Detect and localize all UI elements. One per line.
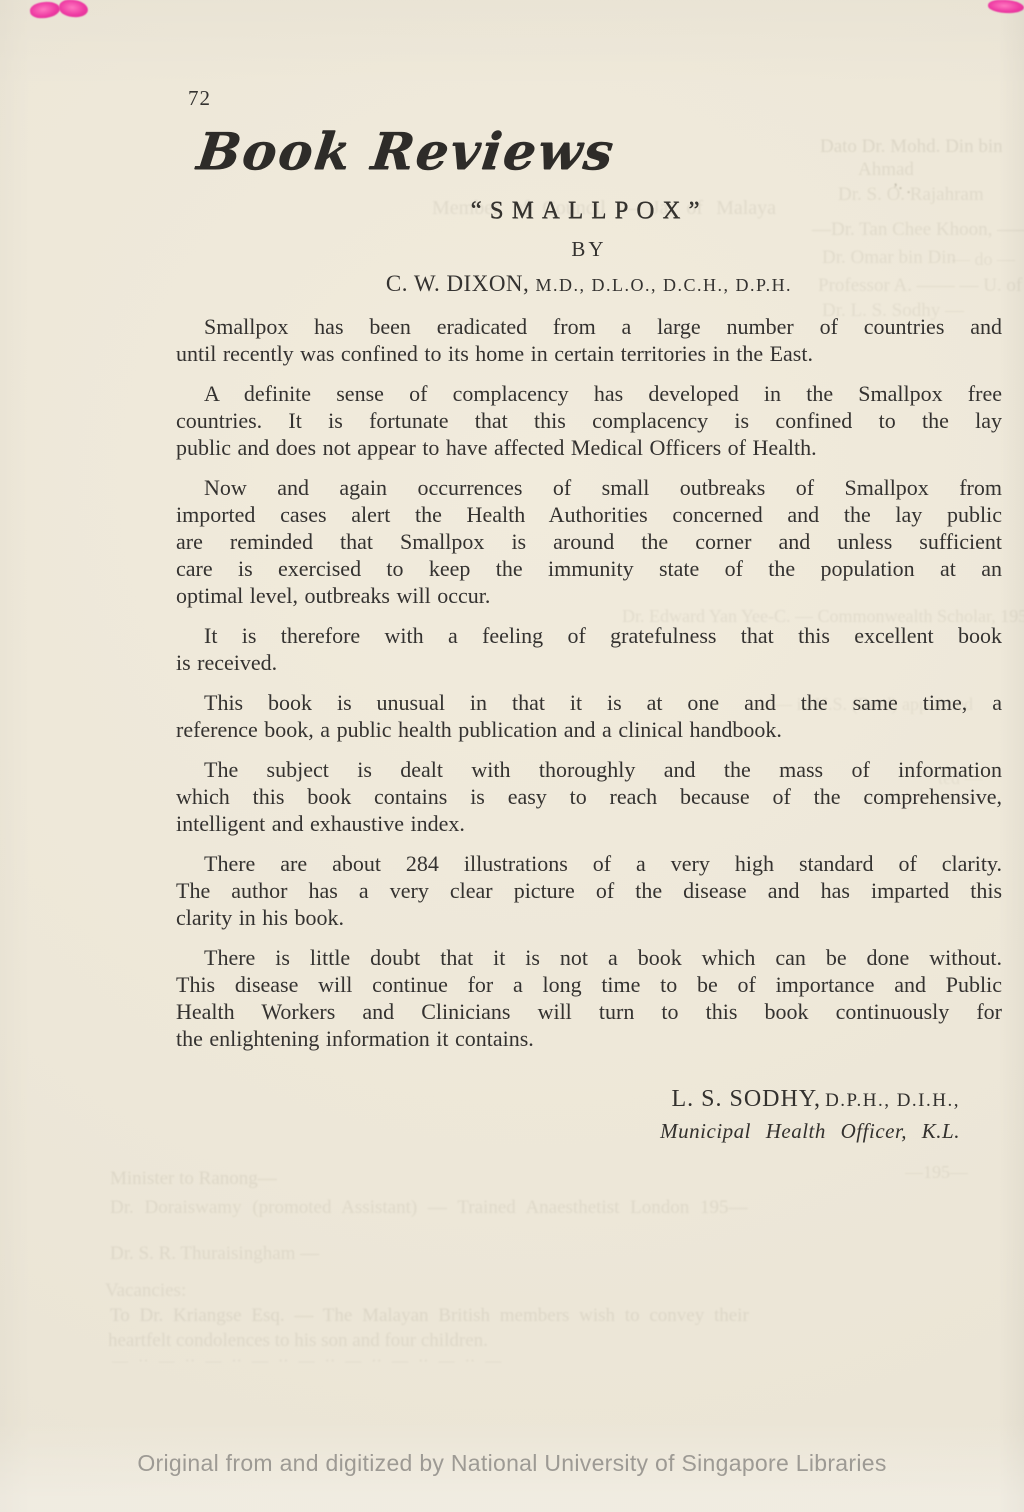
paragraph: The subject is dealt with thoroughly and… <box>176 756 1002 837</box>
paragraph: It is therefore with a feeling of gratef… <box>176 622 1002 676</box>
reviewer-title: Municipal Health Officer, K.L. <box>660 1118 960 1144</box>
body-line: Now and again occurrences of small outbr… <box>176 474 1002 501</box>
body-line: until recently was confined to its home … <box>176 340 1002 367</box>
bleedthrough-text: ’· . <box>893 181 911 198</box>
section-title: Book Reviews <box>194 124 618 180</box>
reviewer-degrees: D.P.H., D.I.H., <box>825 1090 960 1111</box>
scanned-page: Dato Dr. Mohd. Din binAhmad’· .Member of… <box>0 0 1024 1512</box>
body-line: countries. It is fortunate that this com… <box>176 407 1002 434</box>
author-name: C. W. DIXON, <box>386 271 529 296</box>
body-line: There is little doubt that it is not a b… <box>176 944 1002 971</box>
body-line: There are about 284 illustrations of a v… <box>176 850 1002 877</box>
body-line: optimal level, outbreaks will occur. <box>176 582 1002 609</box>
bleedthrough-text: Dato Dr. Mohd. Din bin <box>820 136 1003 158</box>
bleedthrough-text: Vacancies: <box>105 1280 186 1302</box>
paragraph: Now and again occurrences of small outbr… <box>176 474 1002 609</box>
body-text: Smallpox has been eradicated from a larg… <box>176 313 1002 1065</box>
body-line: The author has a very clear picture of t… <box>176 877 1002 904</box>
byline: BY <box>176 237 1002 262</box>
body-line: reference book, a public health publicat… <box>176 716 1002 743</box>
article-title: “SMALLPOX” <box>176 197 1002 225</box>
body-line: which this book contains is easy to reac… <box>176 783 1002 810</box>
author-degrees: M.D., D.L.O., D.C.H., D.P.H. <box>536 275 793 295</box>
scan-highlight-mark <box>988 0 1024 14</box>
bleedthrough-text: heartfelt condolences to his son and fou… <box>108 1330 488 1352</box>
body-line: The subject is dealt with thoroughly and… <box>176 756 1002 783</box>
paragraph: A definite sense of complacency has deve… <box>176 380 1002 461</box>
body-line: This disease will continue for a long ti… <box>176 971 1002 998</box>
bleedthrough-text: To Dr. Kriangse Esq. — The Malayan Briti… <box>110 1305 749 1327</box>
paragraph: Smallpox has been eradicated from a larg… <box>176 313 1002 367</box>
body-line: is received. <box>176 649 1002 676</box>
body-line: Smallpox has been eradicated from a larg… <box>176 313 1002 340</box>
signature-block: L. S. SODHY, D.P.H., D.I.H., Municipal H… <box>660 1086 960 1144</box>
digitization-credit: Original from and digitized by National … <box>0 1450 1024 1477</box>
body-line: imported cases alert the Health Authorit… <box>176 501 1002 528</box>
bleedthrough-text: Minister to Ranong— <box>110 1168 277 1190</box>
page-number: 72 <box>188 86 211 111</box>
bleedthrough-text: —195— <box>905 1162 968 1183</box>
body-line: It is therefore with a feeling of gratef… <box>176 622 1002 649</box>
reviewer-name: L. S. SODHY, <box>671 1086 821 1112</box>
body-line: the enlightening information it contains… <box>176 1025 1002 1052</box>
body-line: public and does not appear to have affec… <box>176 434 1002 461</box>
body-line: care is exercised to keep the immunity s… <box>176 555 1002 582</box>
body-line: Health Workers and Clinicians will turn … <box>176 998 1002 1025</box>
paragraph: There is little doubt that it is not a b… <box>176 944 1002 1052</box>
body-line: This book is unusual in that it is at on… <box>176 689 1002 716</box>
body-line: intelligent and exhaustive index. <box>176 810 1002 837</box>
body-line: clarity in his book. <box>176 904 1002 931</box>
author-line: C. W. DIXON, M.D., D.L.O., D.C.H., D.P.H… <box>176 271 1002 297</box>
bleedthrough-text: — ·· — ·· — ·· — ·· — ·· — ·· — ·· — ·· … <box>112 1353 501 1371</box>
body-line: A definite sense of complacency has deve… <box>176 380 1002 407</box>
bleedthrough-text: Dr. S. R. Thuraisingham — <box>110 1243 319 1265</box>
scan-highlight-mark <box>29 0 61 20</box>
bleedthrough-text: Dr. Doraiswamy (promoted Assistant) — Tr… <box>110 1197 747 1219</box>
signature-line: L. S. SODHY, D.P.H., D.I.H., <box>660 1086 960 1115</box>
paragraph: This book is unusual in that it is at on… <box>176 689 1002 743</box>
bleedthrough-text: Ahmad <box>858 159 914 181</box>
scan-highlight-mark <box>58 0 89 18</box>
paragraph: There are about 284 illustrations of a v… <box>176 850 1002 931</box>
body-line: are reminded that Smallpox is around the… <box>176 528 1002 555</box>
